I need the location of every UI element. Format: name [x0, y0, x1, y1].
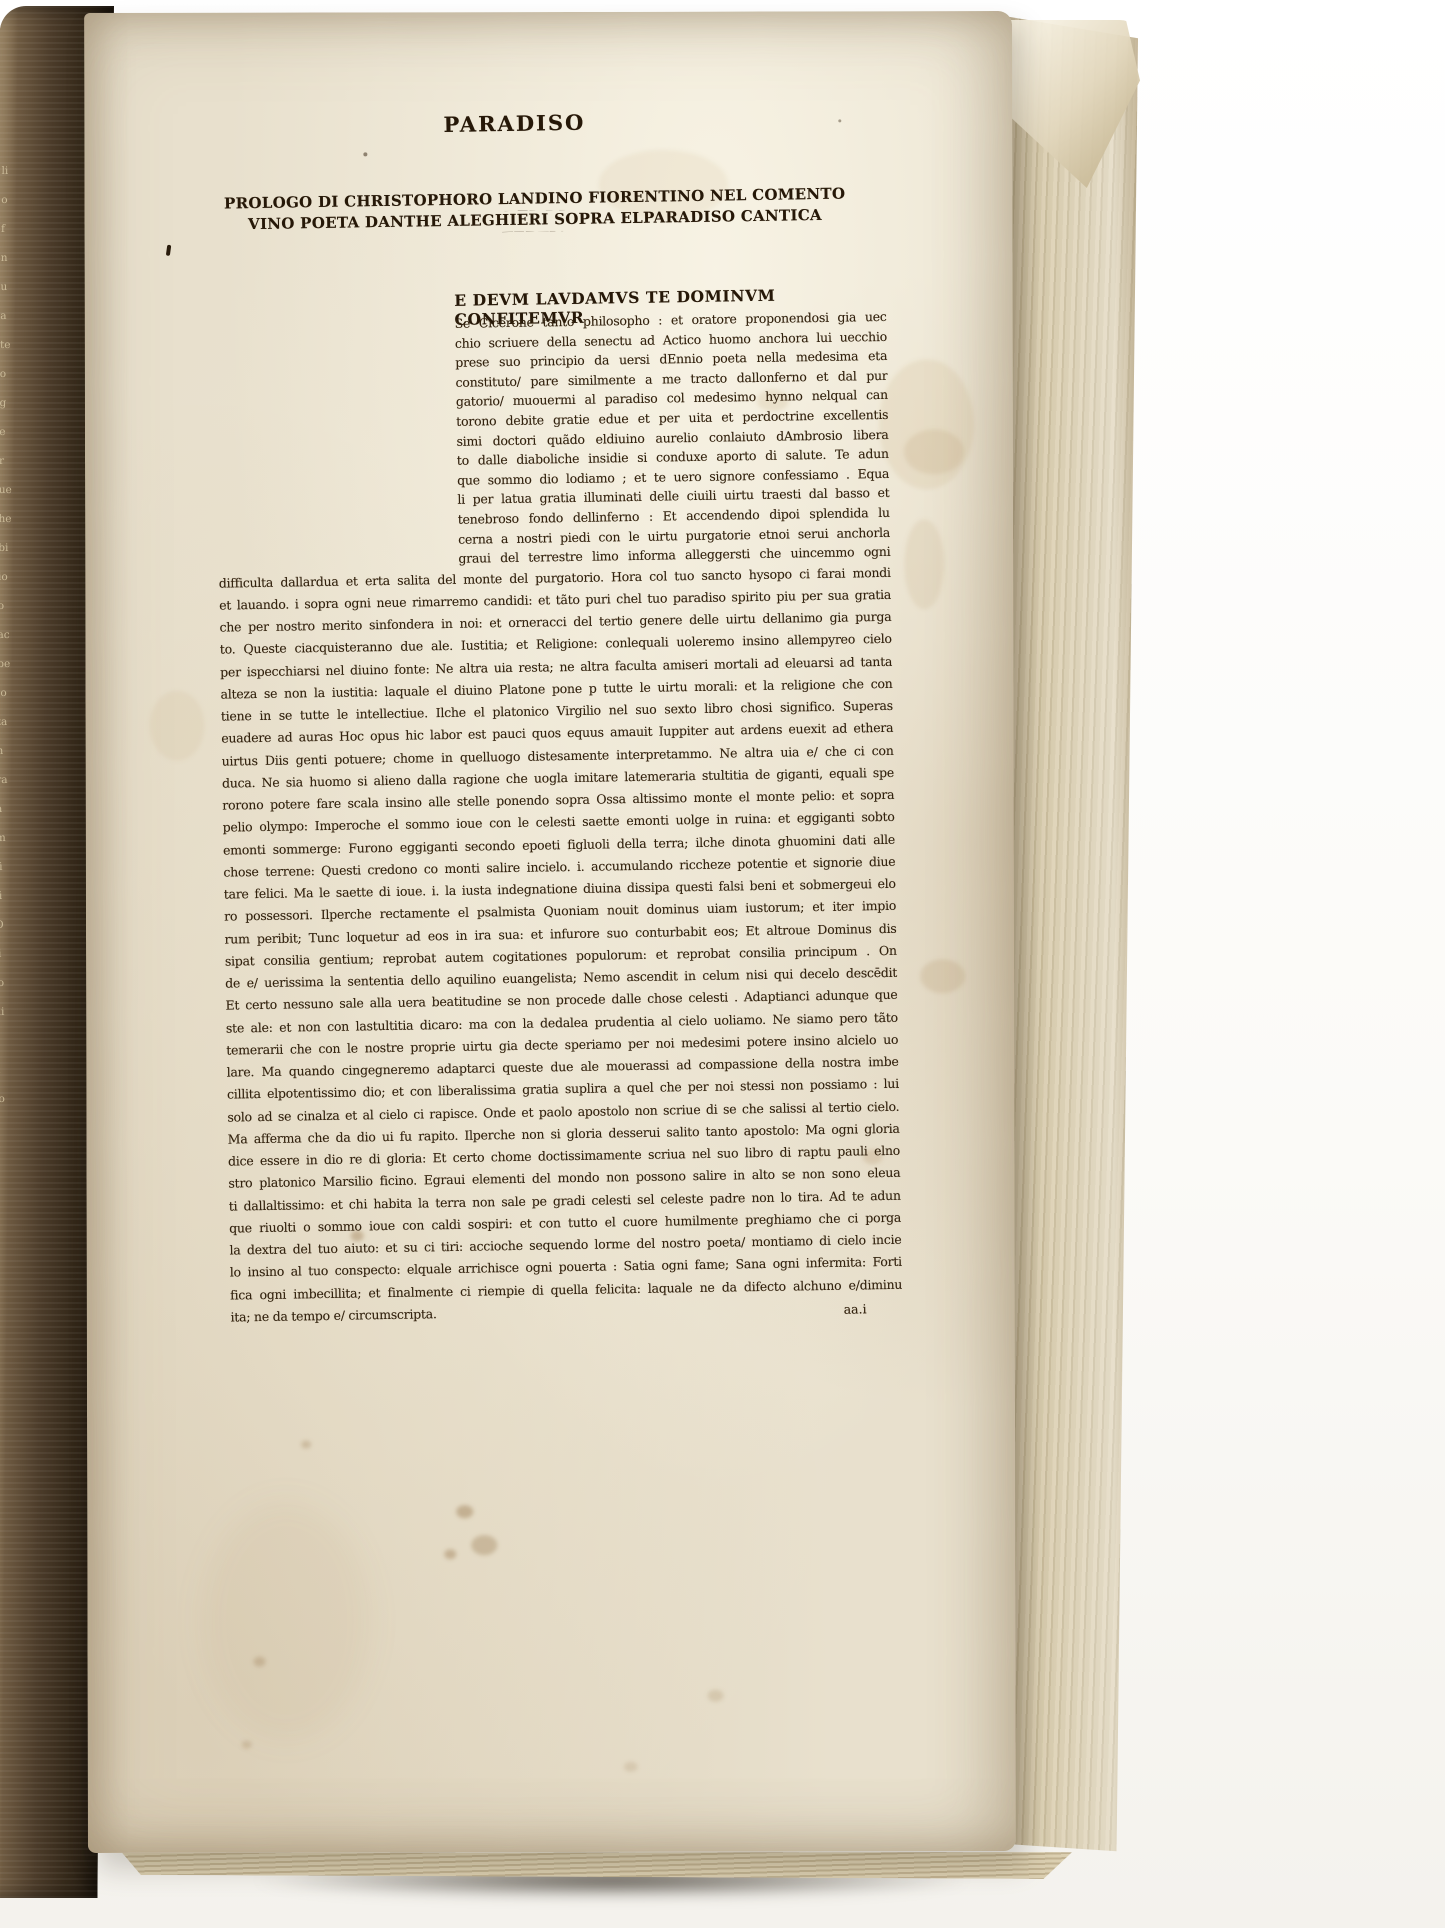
- text-line: u: [0, 282, 15, 293]
- stain: [201, 1500, 372, 1740]
- text-line: be: [0, 659, 12, 670]
- text-line: he: [0, 514, 14, 525]
- text-line: g: [0, 398, 15, 409]
- text-line: l: [0, 1036, 9, 1047]
- text-layer: PARADISO PROLOGO DI CHRISTOPHORO LANDINO…: [211, 105, 904, 1456]
- text-line: e: [0, 427, 14, 438]
- stain: [624, 1762, 638, 1772]
- text-line: O: [0, 920, 10, 931]
- stain: [920, 959, 965, 993]
- stain: [904, 519, 944, 609]
- prologue-headline: PROLOGO DI CHRISTOPHORO LANDINO FIORENTI…: [213, 184, 858, 236]
- stain: [456, 1505, 473, 1518]
- text-line: lo: [0, 688, 12, 699]
- text-line: o: [0, 369, 15, 380]
- book-photo: liofnuateogeruehebiiooacbelotanraamfifiO…: [0, 0, 1445, 1928]
- text-line: ta: [0, 717, 12, 728]
- fore-edge-text-fragments: liofnuateogeruehebiiooacbelotanraamfifiO…: [0, 166, 17, 1105]
- signature-mark: aa.i: [844, 1301, 867, 1316]
- text-line: li: [2, 166, 17, 177]
- fore-edge-page-stack: [1004, 16, 1138, 1866]
- book-page: PARADISO PROLOGO DI CHRISTOPHORO LANDINO…: [84, 11, 1016, 1853]
- main-text-block: difficulta dallardua et erta salita del …: [219, 562, 903, 1329]
- indented-text-block: Se Cicerone tanto philosopho : et orator…: [455, 307, 891, 569]
- stain: [149, 691, 204, 761]
- text-line: a: [0, 804, 11, 815]
- text-line: a: [0, 311, 15, 322]
- ink-blot: [166, 245, 171, 256]
- running-title: PARADISO: [211, 106, 817, 141]
- text-line: li: [0, 949, 10, 960]
- incipit-line: E DEVM LAVDAMVS TE DOMINVM CONFITEMVR: [454, 284, 886, 310]
- text-line: io: [0, 572, 13, 583]
- text-line: u: [0, 1065, 9, 1076]
- text-line: te: [0, 340, 15, 351]
- stain: [708, 1690, 724, 1702]
- text-line: o: [0, 601, 13, 612]
- text-line: n: [0, 746, 12, 757]
- text-line: fi: [0, 862, 11, 873]
- text-line: bi: [0, 543, 13, 554]
- text-line: ue: [0, 485, 14, 496]
- stain: [444, 1549, 456, 1559]
- stain: [904, 429, 964, 474]
- text-line: fi: [0, 891, 10, 902]
- text-line: ui: [0, 1007, 9, 1018]
- text-line: ra: [0, 775, 11, 786]
- text-line: f: [1, 224, 16, 235]
- stain: [242, 1741, 252, 1749]
- text-line: io: [0, 978, 10, 989]
- text-line: n: [1, 253, 16, 264]
- text-line: r: [0, 456, 14, 467]
- text-line: o: [1, 195, 16, 206]
- text-line: ro: [0, 1094, 9, 1105]
- text-line: ac: [0, 630, 13, 641]
- stain: [471, 1535, 497, 1555]
- text-line: m: [0, 833, 11, 844]
